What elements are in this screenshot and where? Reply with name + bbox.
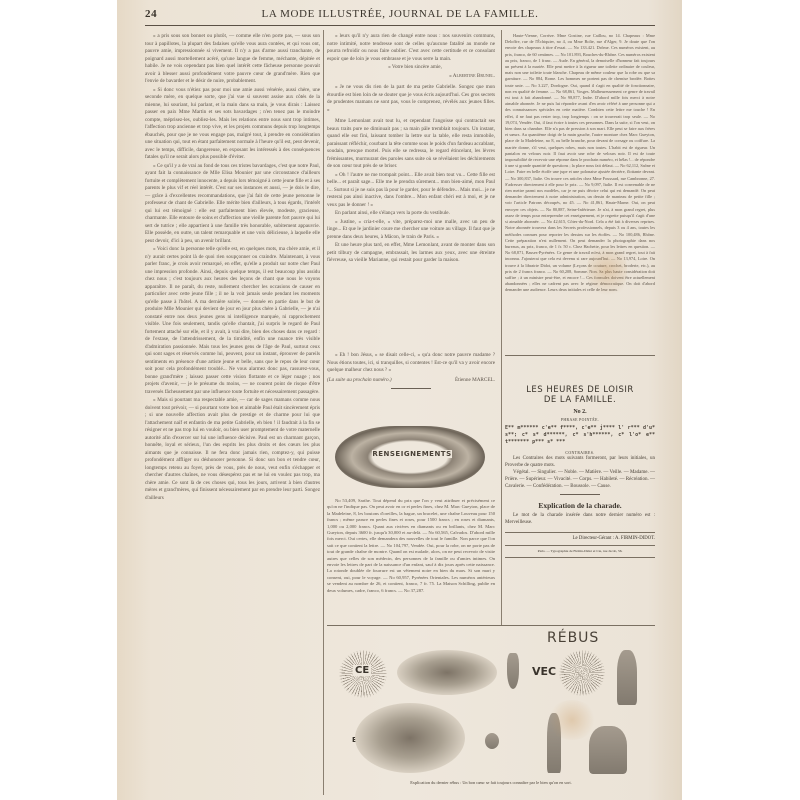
fly-icon: [485, 733, 499, 749]
section-rule: [327, 625, 655, 626]
paper-stain: [587, 240, 627, 300]
renseignements-text: No 53,409, Sarthe. Tout dépend du prix q…: [327, 498, 495, 628]
rebus-title: RÉBUS: [547, 630, 599, 646]
column-correspondence: Haute-Vienne, Corrèze. Mme Gostine, rue …: [505, 33, 655, 351]
phrase-label: PHRASE POINTÉE.: [505, 418, 655, 422]
paragraph: En parlant ainsi, elle s'élança vers la …: [327, 210, 495, 218]
journal-title: LA MODE ILLUSTRÉE, JOURNAL DE LA FAMILLE…: [145, 8, 655, 20]
newspaper-page: 24 LA MODE ILLUSTRÉE, JOURNAL DE LA FAMI…: [117, 0, 682, 800]
paragraph: « Ce qu'il y a de vrai au fond de tous c…: [145, 163, 320, 246]
column-divider: [323, 30, 324, 795]
paragraph: « Voici donc la personne telle qu'elle e…: [145, 246, 320, 396]
story-footer: (La suite au prochain numéro.) Étienne M…: [327, 377, 495, 385]
page-header: 24 LA MODE ILLUSTRÉE, JOURNAL DE LA FAMI…: [145, 8, 655, 24]
cloud-icon: [397, 650, 497, 695]
rebus-word-vec: VEC: [532, 665, 556, 678]
paragraph: « a pris sous son bonnet ou plutôt, — co…: [145, 33, 320, 86]
explication-text: Le mot de la charade insérée dans notre …: [505, 512, 655, 526]
seated-woman-icon: [589, 726, 627, 774]
cipher-phrase: E** m****** c'e** f****, c'e** j**** l' …: [505, 425, 655, 446]
to-be-continued: (La suite au prochain numéro.): [327, 377, 392, 385]
director-line: Le Directeur-Gérant : A. FIRMIN-DIDOT.: [505, 532, 655, 541]
paragraph: Mme Lemonlant avait tout lu, et cependan…: [327, 118, 495, 171]
postscript: « Je ne vous dis rien de la part de ma p…: [327, 84, 495, 114]
section-title: DE LA FAMILLE.: [505, 395, 655, 405]
rebus-illustration: CE VEC EN: [327, 648, 655, 778]
paper-stain: [547, 700, 597, 740]
issue-number: No 2.: [505, 409, 655, 415]
section-rule: [391, 388, 431, 389]
puzzle-section: LES HEURES DE LOISIR DE LA FAMILLE. No 2…: [505, 385, 655, 558]
section-rule: [560, 494, 600, 495]
renseignements-banner: RENSEIGNEMENTS: [327, 420, 495, 495]
star-icon: [559, 650, 605, 696]
letter-signature: « Albertine Brunel.: [327, 73, 495, 81]
rebus-word-ce: CE: [353, 665, 371, 676]
header-rule: [145, 25, 655, 26]
paragraph: « Votre bien sincère amie,: [327, 64, 495, 72]
battle-scene-icon: [355, 703, 465, 773]
paragraph: « Mais si pourtant ma respectable amie, …: [145, 397, 320, 502]
paragraph: No 53,409, Sarthe. Tout dépend du prix q…: [327, 498, 495, 594]
author-name: Étienne MARCEL.: [455, 377, 495, 385]
contraires-words: Végétal. — Singulier. — Noble. — Matière…: [505, 469, 655, 490]
column-story-text: « leurs qu'il n'y aura rien de changé en…: [327, 33, 495, 351]
paragraph: « Justine, » cria-t-elle, « vite, prépar…: [327, 219, 495, 242]
section-title: LES HEURES DE LOISIR: [505, 385, 655, 395]
imprint-line: Paris. — Typographie de Firmin-Didot et …: [505, 545, 655, 558]
column-divider: [501, 30, 502, 625]
paragraph: « Si donc vous n'étiez pas pour moi une …: [145, 87, 320, 162]
column-letter-text: « a pris sous son bonnet ou plutôt, — co…: [145, 33, 320, 791]
story-ending: « Eh ! bon Jésus, » se disait celle-ci, …: [327, 352, 495, 412]
contraires-intro: Les Contraires des mots suivants formero…: [505, 455, 655, 469]
tooth-icon: [507, 653, 519, 689]
paragraph: « Eh ! bon Jésus, » se disait celle-ci, …: [327, 352, 495, 375]
section-rule: [505, 355, 655, 356]
paragraph: « leurs qu'il n'y aura rien de changé en…: [327, 33, 495, 63]
paragraph: Haute-Vienne, Corrèze. Mme Gostine, rue …: [505, 33, 655, 294]
paragraph: Et une heure plus tard, en effet, Mme Le…: [327, 242, 495, 265]
hermit-figure-icon: [617, 650, 637, 705]
rebus-caption: Explication du dernier rébus : Un bon cœ…: [327, 780, 655, 785]
explication-title: Explication de la charade.: [505, 501, 655, 510]
banner-label: RENSEIGNEMENTS: [372, 450, 452, 458]
paragraph: « Oh ! l'autre ne me trompait point... E…: [327, 172, 495, 210]
